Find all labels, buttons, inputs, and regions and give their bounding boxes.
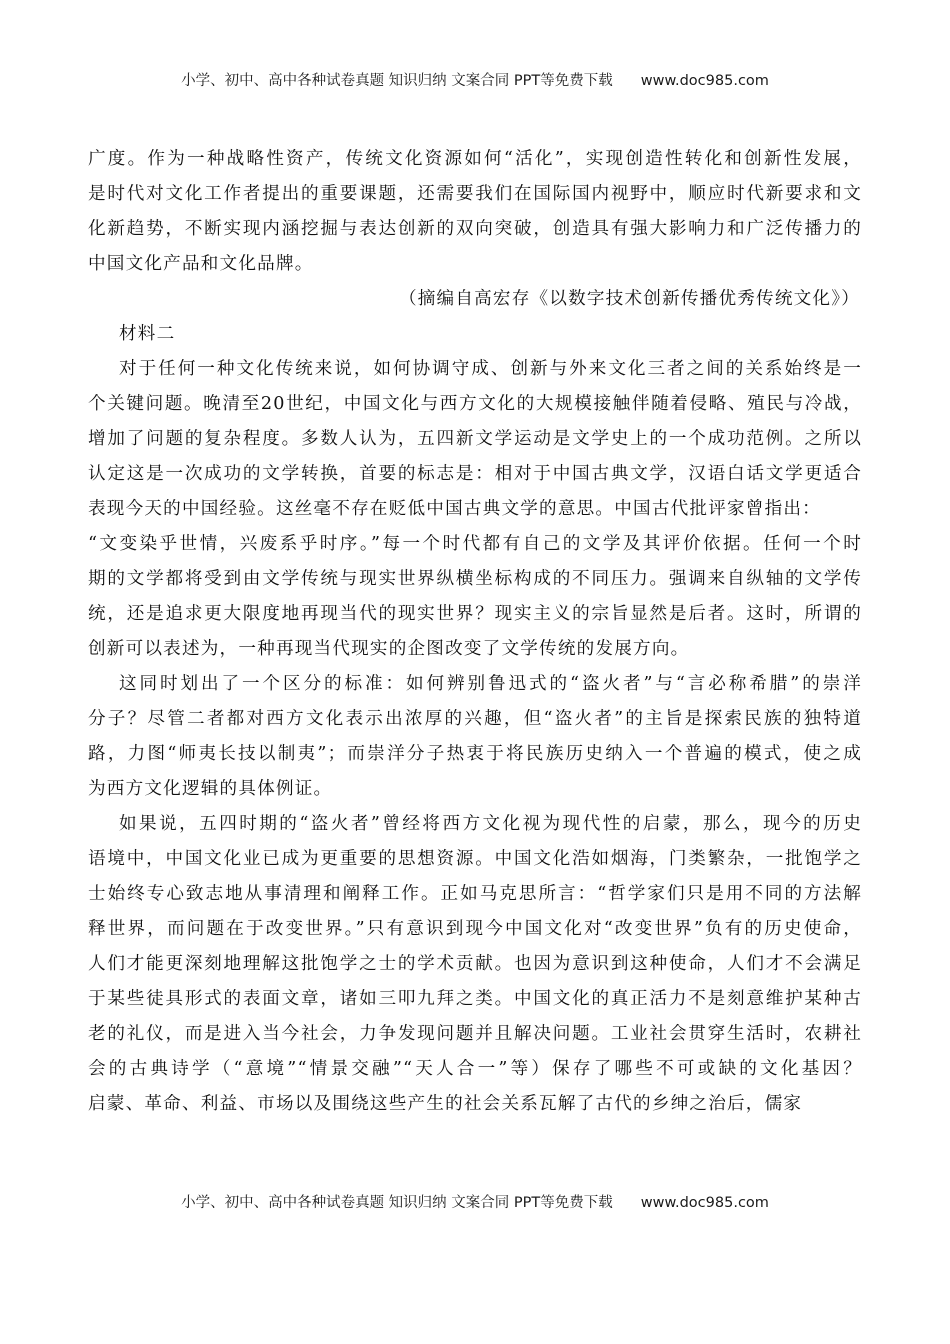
header-url: www.doc985.com [641, 73, 769, 89]
text-line: 于某些徒具形式的表面文章，诸如三叩九拜之类。中国文化的真正活力不是刻意维护某种古 [88, 982, 862, 1017]
text-line: 广度。作为一种战略性资产，传统文化资源如何“活化”，实现创造性转化和创新性发展， [88, 142, 862, 177]
footer-text: 小学、初中、高中各种试卷真题 知识归纳 文案合同 PPT等免费下载 [181, 1195, 613, 1211]
paragraph-3: 这同时划出了一个区分的标准：如何辨别鲁迅式的“盗火者”与“言必称希腊”的崇洋 分… [88, 667, 862, 807]
text-line: 释世界，而问题在于改变世界。”只有意识到现今中国文化对“改变世界”负有的历史使命… [88, 912, 862, 947]
text-line: 表现今天的中国经验。这丝毫不存在贬低中国古典文学的意思。中国古代批评家曾指出： [88, 492, 862, 527]
text-line: 对于任何一种文化传统来说，如何协调守成、创新与外来文化三者之间的关系始终是一 [88, 352, 862, 387]
text-line: “文变染乎世情，兴废系乎时序。”每一个时代都有自己的文学及其评价依据。任何一个时 [88, 527, 862, 562]
page-header: 小学、初中、高中各种试卷真题 知识归纳 文案合同 PPT等免费下载www.doc… [0, 69, 950, 90]
text-line: 期的文学都将受到由文学传统与现实世界纵横坐标构成的不同压力。强调来自纵轴的文学传 [88, 562, 862, 597]
text-line: 启蒙、革命、利益、市场以及围绕这些产生的社会关系瓦解了古代的乡绅之治后，儒家 [88, 1087, 862, 1122]
text-line: 个关键问题。晚清至20世纪，中国文化与西方文化的大规模接触伴随着侵略、殖民与冷战… [88, 387, 862, 422]
text-line: 分子？尽管二者都对西方文化表示出浓厚的兴趣，但“盗火者”的主旨是探索民族的独特道 [88, 702, 862, 737]
text-line: 增加了问题的复杂程度。多数人认为，五四新文学运动是文学史上的一个成功范例。之所以 [88, 422, 862, 457]
section-label: 材料二 [88, 317, 862, 352]
text-line: 为西方文化逻辑的具体例证。 [88, 772, 862, 807]
document-body: 广度。作为一种战略性资产，传统文化资源如何“活化”，实现创造性转化和创新性发展，… [88, 142, 862, 1122]
text-line: 统，还是追求更大限度地再现当代的现实世界？现实主义的宗旨显然是后者。这时，所谓的 [88, 597, 862, 632]
text-line: 认定这是一次成功的文学转换，首要的标志是：相对于中国古典文学，汉语白话文学更适合 [88, 457, 862, 492]
text-line: 这同时划出了一个区分的标准：如何辨别鲁迅式的“盗火者”与“言必称希腊”的崇洋 [88, 667, 862, 702]
source-citation: （摘编自高宏存《以数字技术创新传播优秀传统文化》） [88, 282, 862, 317]
text-line: 语境中，中国文化业已成为更重要的思想资源。中国文化浩如烟海，门类繁杂，一批饱学之 [88, 842, 862, 877]
paragraph-4: 如果说，五四时期的“盗火者”曾经将西方文化视为现代性的启蒙，那么，现今的历史 语… [88, 807, 862, 1122]
paragraph-1: 广度。作为一种战略性资产，传统文化资源如何“活化”，实现创造性转化和创新性发展，… [88, 142, 862, 282]
text-line: 会的古典诗学（“意境”“情景交融”“天人合一”等）保存了哪些不可或缺的文化基因？ [88, 1052, 862, 1087]
header-text: 小学、初中、高中各种试卷真题 知识归纳 文案合同 PPT等免费下载 [181, 73, 613, 89]
text-line: 中国文化产品和文化品牌。 [88, 247, 862, 282]
page-footer: 小学、初中、高中各种试卷真题 知识归纳 文案合同 PPT等免费下载www.doc… [0, 1191, 950, 1212]
paragraph-2: 对于任何一种文化传统来说，如何协调守成、创新与外来文化三者之间的关系始终是一 个… [88, 352, 862, 667]
text-line: 人们才能更深刻地理解这批饱学之士的学术贡献。也因为意识到这种使命，人们才不会满足 [88, 947, 862, 982]
footer-url: www.doc985.com [641, 1195, 769, 1211]
text-line: 创新可以表述为，一种再现当代现实的企图改变了文学传统的发展方向。 [88, 632, 862, 667]
text-line: 是时代对文化工作者提出的重要课题，还需要我们在国际国内视野中，顺应时代新要求和文 [88, 177, 862, 212]
text-line: 士始终专心致志地从事清理和阐释工作。正如马克思所言：“哲学家们只是用不同的方法解 [88, 877, 862, 912]
text-line: 如果说，五四时期的“盗火者”曾经将西方文化视为现代性的启蒙，那么，现今的历史 [88, 807, 862, 842]
text-line: 老的礼仪，而是进入当今社会，力争发现问题并且解决问题。工业社会贯穿生活时，农耕社 [88, 1017, 862, 1052]
text-line: 化新趋势，不断实现内涵挖掘与表达创新的双向突破，创造具有强大影响力和广泛传播力的 [88, 212, 862, 247]
text-line: 路，力图“师夷长技以制夷”；而崇洋分子热衷于将民族历史纳入一个普遍的模式，使之成 [88, 737, 862, 772]
